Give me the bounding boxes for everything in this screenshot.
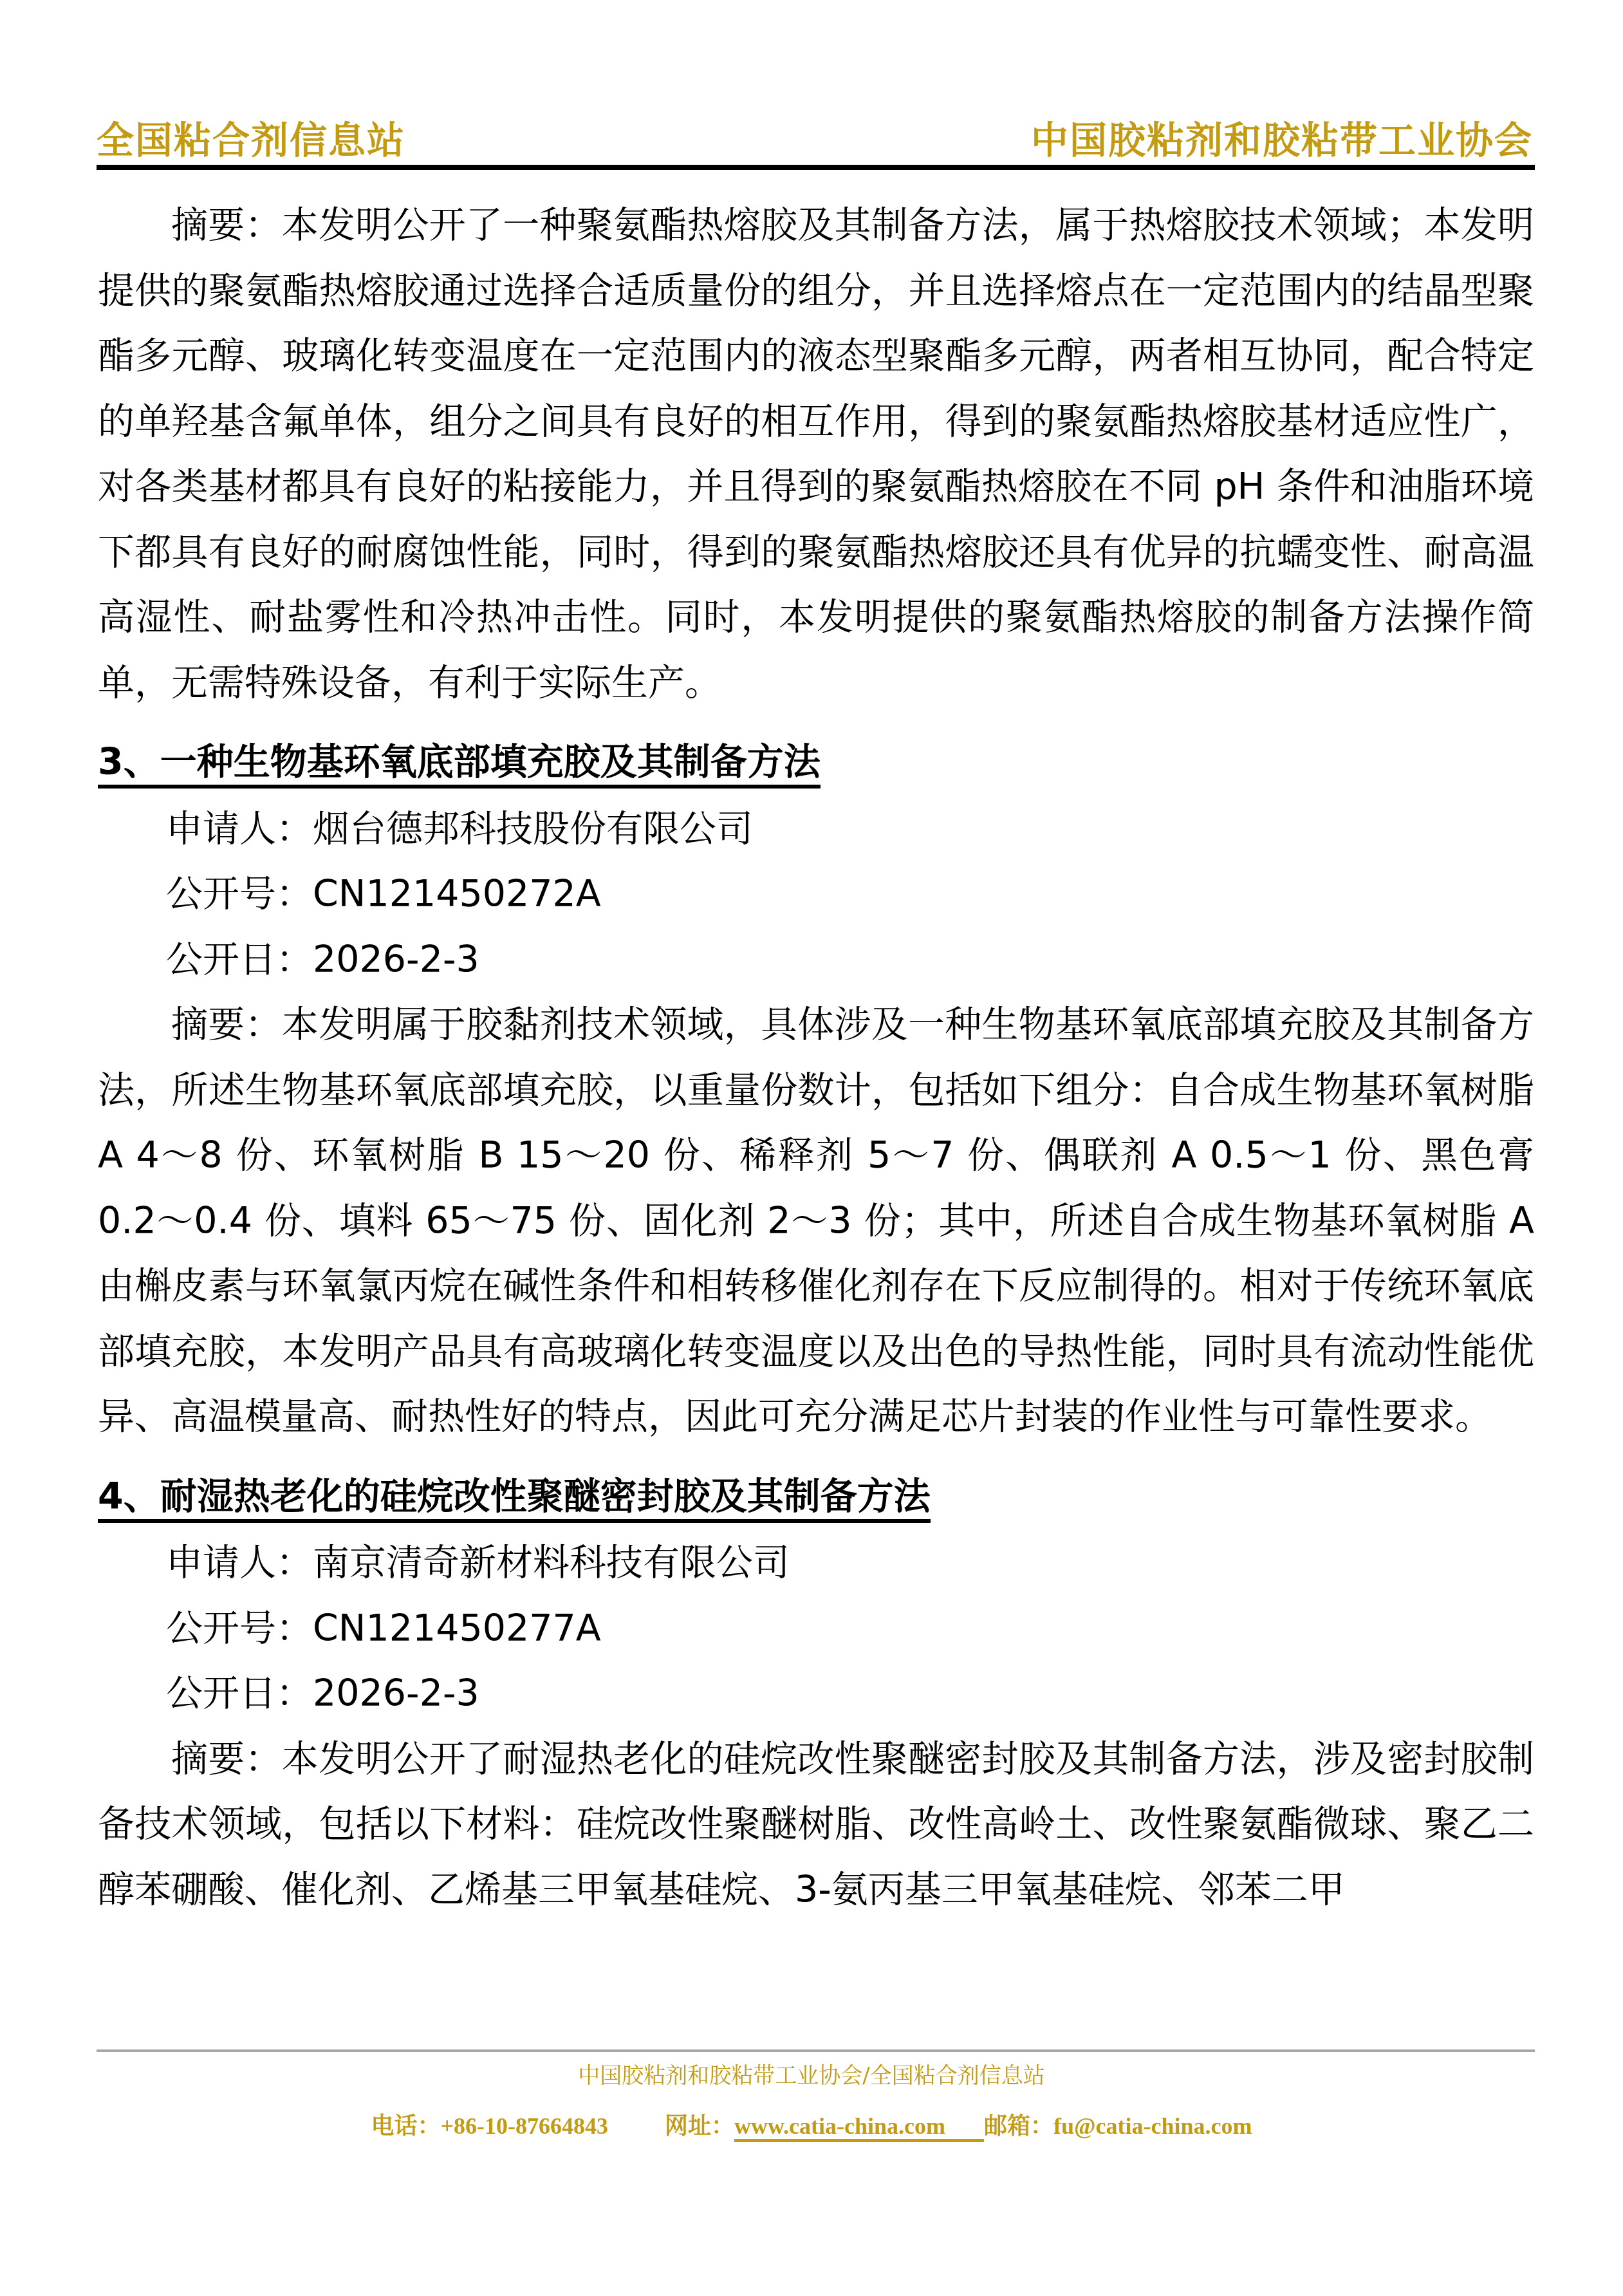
website-link[interactable]: www.catia-china.com bbox=[734, 2113, 984, 2142]
website-label: 网址： bbox=[665, 2113, 734, 2139]
patent-publication-date: 公开日：2026-2-3 bbox=[98, 928, 1534, 993]
patent-entry-4: 4、耐湿热老化的硅烷改性聚醚密封胶及其制备方法 申请人：南京清奇新材料科技有限公… bbox=[98, 1464, 1534, 1923]
patent-title-text: 4、耐湿热老化的硅烷改性聚醚密封胶及其制备方法 bbox=[98, 1475, 931, 1523]
patent-applicant: 申请人：南京清奇新材料科技有限公司 bbox=[98, 1531, 1534, 1596]
header-divider bbox=[97, 165, 1535, 170]
patent-entry-3: 3、一种生物基环氧底部填充胶及其制备方法 申请人：烟台德邦科技股份有限公司 公开… bbox=[98, 730, 1534, 1450]
footer-contact: 电话：+86-10-87664843 网址：www.catia-china.co… bbox=[0, 2110, 1623, 2142]
header-association-name: 中国胶粘剂和胶粘带工业协会 bbox=[1031, 115, 1533, 166]
footer-divider bbox=[97, 2049, 1535, 2052]
patent-publication-date: 公开日：2026-2-3 bbox=[98, 1661, 1534, 1727]
email-label: 邮箱： bbox=[984, 2113, 1053, 2139]
phone-label: 电话： bbox=[371, 2113, 441, 2139]
patent-title-text: 3、一种生物基环氧底部填充胶及其制备方法 bbox=[98, 741, 821, 789]
phone-number: +86-10-87664843 bbox=[441, 2113, 609, 2139]
patent-publication-number: 公开号：CN121450277A bbox=[98, 1596, 1534, 1662]
document-body: 摘要：本发明公开了一种聚氨酯热熔胶及其制备方法，属于热熔胶技术领域；本发明提供的… bbox=[98, 193, 1534, 1923]
patent-title: 3、一种生物基环氧底部填充胶及其制备方法 bbox=[98, 730, 1534, 796]
document-page: 全国粘合剂信息站 中国胶粘剂和胶粘带工业协会 摘要：本发明公开了一种聚氨酯热熔胶… bbox=[0, 0, 1623, 2296]
continued-abstract: 摘要：本发明公开了一种聚氨酯热熔胶及其制备方法，属于热熔胶技术领域；本发明提供的… bbox=[98, 193, 1534, 716]
header-site-name: 全国粘合剂信息站 bbox=[97, 115, 405, 166]
footer-organization: 中国胶粘剂和胶粘带工业协会/全国粘合剂信息站 bbox=[0, 2060, 1623, 2092]
email-address[interactable]: fu@catia-china.com bbox=[1053, 2113, 1252, 2139]
patent-title: 4、耐湿热老化的硅烷改性聚醚密封胶及其制备方法 bbox=[98, 1464, 1534, 1530]
patent-abstract: 摘要：本发明属于胶黏剂技术领域，具体涉及一种生物基环氧底部填充胶及其制备方法，所… bbox=[98, 993, 1534, 1450]
patent-abstract: 摘要：本发明公开了耐湿热老化的硅烷改性聚醚密封胶及其制备方法，涉及密封胶制备技术… bbox=[98, 1727, 1534, 1923]
patent-applicant: 申请人：烟台德邦科技股份有限公司 bbox=[98, 797, 1534, 863]
patent-publication-number: 公开号：CN121450272A bbox=[98, 862, 1534, 928]
